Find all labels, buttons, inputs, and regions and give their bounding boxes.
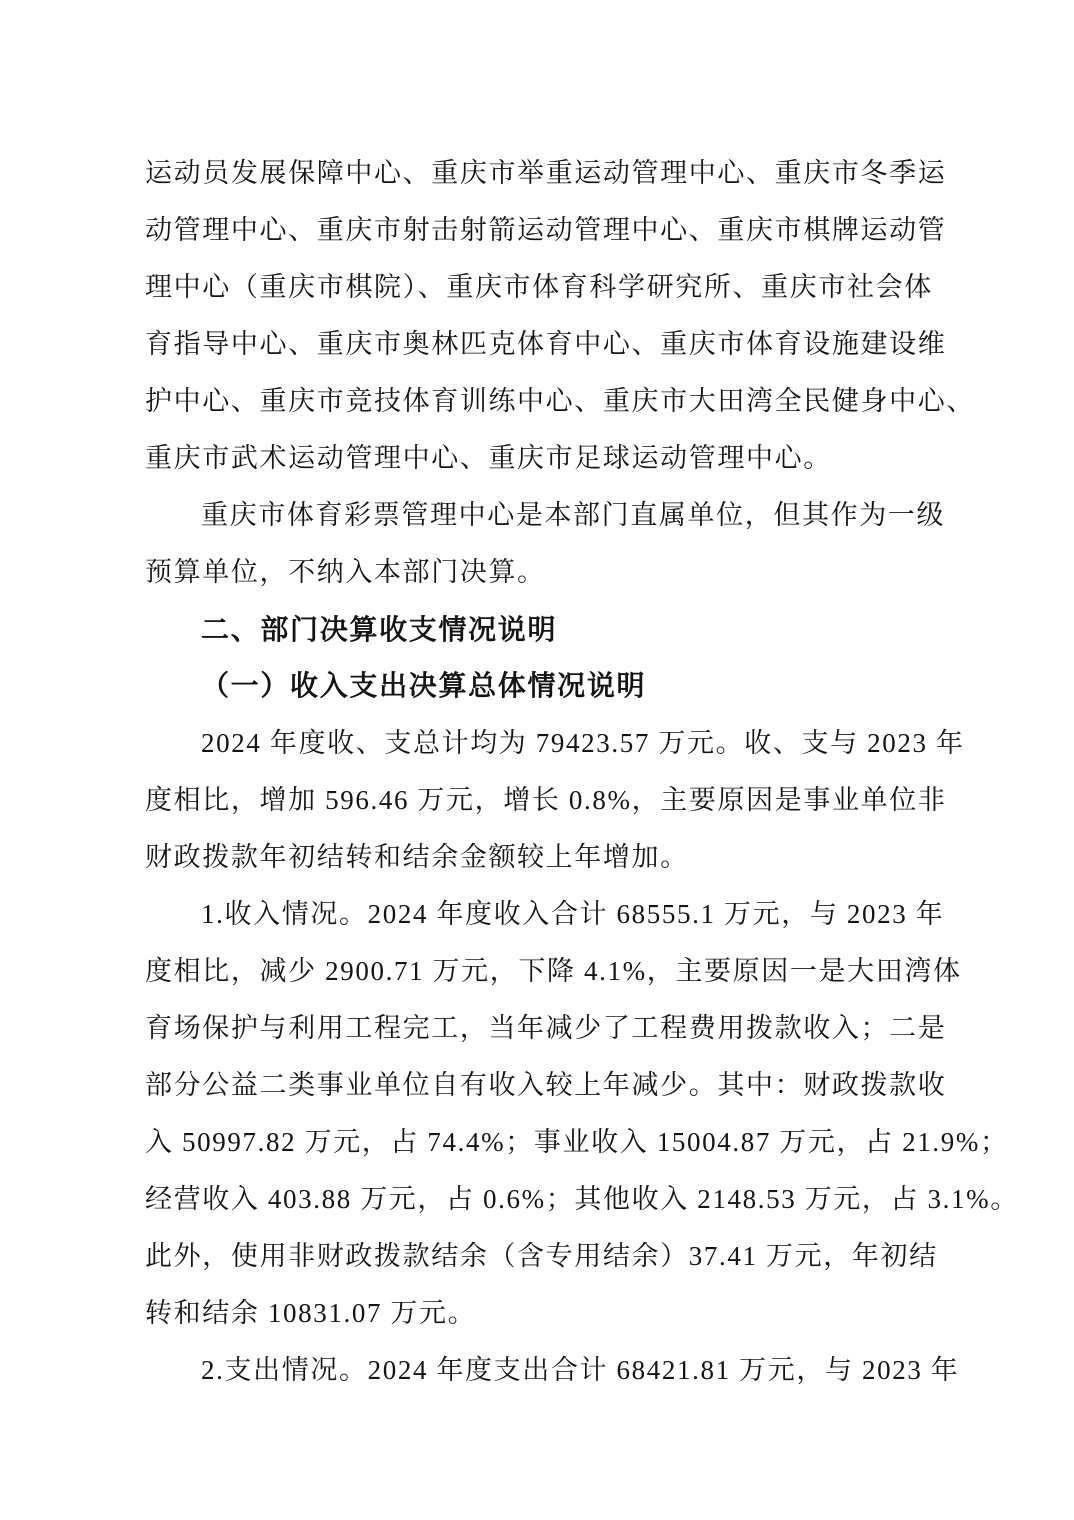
subsection-heading: （一）收入支出决算总体情况说明 bbox=[145, 658, 932, 715]
document-body: 运动员发展保障中心、重庆市举重运动管理中心、重庆市冬季运动管理中心、重庆市射击射… bbox=[145, 145, 932, 1399]
text-line: 转和结余 10831.07 万元。 bbox=[145, 1285, 932, 1342]
text-line: 经营收入 403.88 万元，占 0.6%；其他收入 2148.53 万元，占 … bbox=[145, 1171, 932, 1228]
text-line: 入 50997.82 万元，占 74.4%；事业收入 15004.87 万元，占… bbox=[145, 1114, 932, 1171]
text-line: 育指导中心、重庆市奥林匹克体育中心、重庆市体育设施建设维 bbox=[145, 316, 932, 373]
text-line: 动管理中心、重庆市射击射箭运动管理中心、重庆市棋牌运动管 bbox=[145, 202, 932, 259]
document-page: 运动员发展保障中心、重庆市举重运动管理中心、重庆市冬季运动管理中心、重庆市射击射… bbox=[0, 0, 1074, 1520]
text-line: 1.收入情况。2024 年度收入合计 68555.1 万元，与 2023 年 bbox=[145, 886, 932, 943]
body-paragraph: 重庆市体育彩票管理中心是本部门直属单位，但其作为一级预算单位，不纳入本部门决算。 bbox=[145, 487, 932, 601]
text-line: 重庆市武术运动管理中心、重庆市足球运动管理中心。 bbox=[145, 430, 932, 487]
text-line: 2.支出情况。2024 年度支出合计 68421.81 万元，与 2023 年 bbox=[145, 1342, 932, 1399]
text-line: 育场保护与利用工程完工，当年减少了工程费用拨款收入；二是 bbox=[145, 1000, 932, 1057]
body-paragraph: 1.收入情况。2024 年度收入合计 68555.1 万元，与 2023 年度相… bbox=[145, 886, 932, 1342]
text-line: 重庆市体育彩票管理中心是本部门直属单位，但其作为一级 bbox=[145, 487, 932, 544]
text-line: 部分公益二类事业单位自有收入较上年减少。其中：财政拨款收 bbox=[145, 1057, 932, 1114]
body-paragraph: 运动员发展保障中心、重庆市举重运动管理中心、重庆市冬季运动管理中心、重庆市射击射… bbox=[145, 145, 932, 487]
body-paragraph: 2024 年度收、支总计均为 79423.57 万元。收、支与 2023 年度相… bbox=[145, 715, 932, 886]
section-heading: 二、部门决算收支情况说明 bbox=[145, 601, 932, 658]
text-line: 此外，使用非财政拨款结余（含专用结余）37.41 万元，年初结 bbox=[145, 1228, 932, 1285]
text-line: 运动员发展保障中心、重庆市举重运动管理中心、重庆市冬季运 bbox=[145, 145, 932, 202]
body-paragraph: 2.支出情况。2024 年度支出合计 68421.81 万元，与 2023 年 bbox=[145, 1342, 932, 1399]
text-line: 护中心、重庆市竞技体育训练中心、重庆市大田湾全民健身中心、 bbox=[145, 373, 932, 430]
text-line: 度相比，减少 2900.71 万元，下降 4.1%，主要原因一是大田湾体 bbox=[145, 943, 932, 1000]
text-line: （一）收入支出决算总体情况说明 bbox=[145, 658, 932, 715]
text-line: 预算单位，不纳入本部门决算。 bbox=[145, 544, 932, 601]
text-line: 二、部门决算收支情况说明 bbox=[145, 601, 932, 658]
text-line: 财政拨款年初结转和结余金额较上年增加。 bbox=[145, 829, 932, 886]
text-line: 2024 年度收、支总计均为 79423.57 万元。收、支与 2023 年 bbox=[145, 715, 932, 772]
text-line: 度相比，增加 596.46 万元，增长 0.8%，主要原因是事业单位非 bbox=[145, 772, 932, 829]
text-line: 理中心（重庆市棋院）、重庆市体育科学研究所、重庆市社会体 bbox=[145, 259, 932, 316]
